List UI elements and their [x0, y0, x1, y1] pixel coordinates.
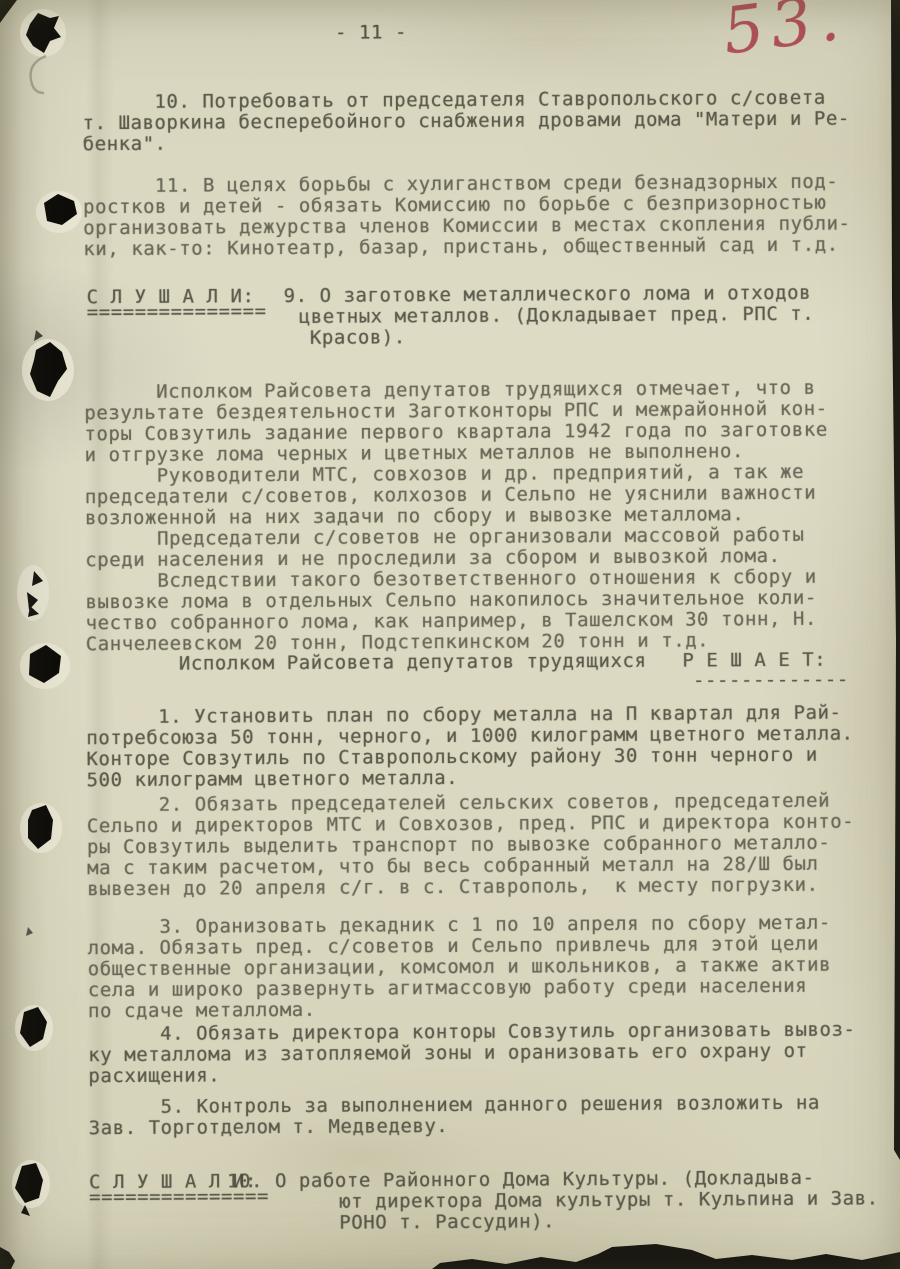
folio-number-handwritten: 53.: [719, 0, 850, 69]
decision-3: 3. Оранизовать декадник с 1 по 10 апреля…: [87, 913, 831, 1023]
heard-10-content: 10. О работе Районного Дома Культуры. (Д…: [339, 1167, 879, 1233]
heard-9-heading: С Л У Ш А Л И: ===============: [87, 286, 267, 323]
decision-2: 2. Обязать председателей сельских совето…: [87, 791, 855, 901]
text-line: Красов).: [310, 325, 815, 349]
heading-underline: ===============: [87, 301, 267, 323]
text-line: бенка".: [83, 130, 850, 156]
heard-9-content: 9. О заготовке металлического лома и отх…: [299, 283, 815, 349]
text-line: вывезен до 20 апреля с/г. в с. Ставропол…: [87, 875, 854, 901]
heading-underline: -------------: [693, 670, 849, 692]
document-page: - 11 - 53. 10. Потребовать от председате…: [0, 0, 900, 1269]
page-number: - 11 -: [335, 22, 407, 43]
decision-5: 5. Контроль за выполнением данного решен…: [89, 1093, 821, 1139]
resolution-underline: -------------: [693, 670, 849, 692]
decision-1: 1. Установить план по сбору металла на П…: [86, 703, 854, 792]
text-line: РОНО т. Рассудин).: [339, 1209, 879, 1233]
typewritten-text-layer: - 11 - 53. 10. Потребовать от председате…: [0, 0, 900, 1269]
text-line: 500 килограмм цветного металла.: [87, 766, 854, 792]
text-line: Зав. Торготделом т. Медведеву.: [89, 1114, 821, 1139]
body-findings: Исполком Райсовета депутатов трудящихся …: [84, 378, 829, 656]
text-line: ки, как-то: Кинотеатр, базар, пристань, …: [83, 235, 850, 261]
paragraph-item-11: 11. В целях борьбы с хулиганством среди …: [83, 172, 851, 261]
text-line: расхищения.: [88, 1062, 855, 1088]
paragraph-item-10: 10. Потребовать от председателя Ставропо…: [82, 88, 850, 156]
decision-4: 4. Обязать директора конторы Совзутиль о…: [88, 1020, 856, 1088]
